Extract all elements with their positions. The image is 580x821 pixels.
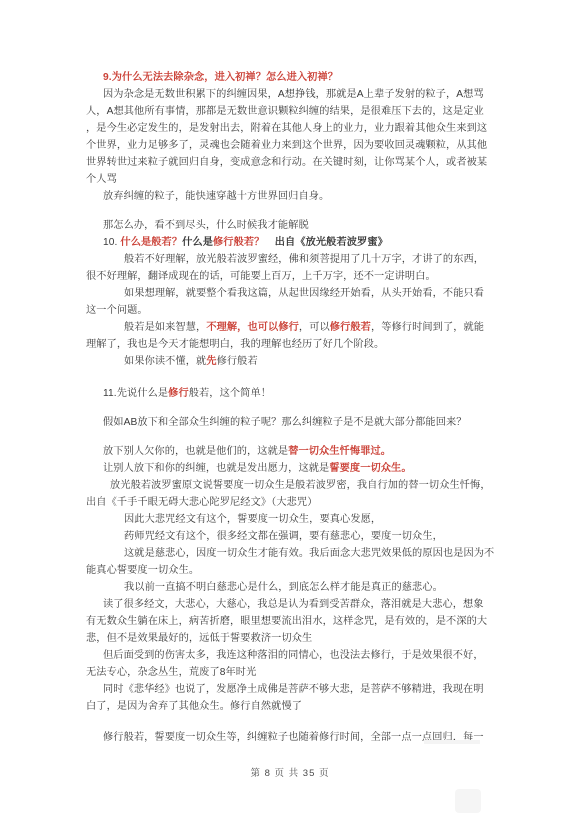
text-segment: 这就是慈悲心，因度一切众生才能有效。我后面念大悲咒效果低的原因也是因为不 xyxy=(124,548,494,559)
text-line: 10. 什么是般若？什么是修行般若？ 出自《放光般若波罗蜜》 xyxy=(103,235,388,251)
text-line: 无法专心，杂念丛生，荒废了8年时光 xyxy=(86,665,256,681)
text-line: 世界转世过来粒子就回归自身，变成意念和行动。在关键时刻，让你骂某个人，或者被某 xyxy=(86,155,487,171)
text-line: 这一个问题。 xyxy=(86,303,148,319)
text-segment: 9.为什么无法去除杂念，进入初禅？怎么进入初禅？ xyxy=(103,72,338,83)
text-line: 因为杂念是无数世积累下的纠缠因果，A想挣钱，那就是A上辈子发射的粒子，A想骂 xyxy=(103,87,484,103)
text-segment: 修行般若 xyxy=(217,356,258,367)
text-line: 这就是慈悲心，因度一切众生才能有效。我后面念大悲咒效果低的原因也是因为不 xyxy=(124,546,494,562)
text-segment: 白了，是因为舍弃了其他众生。修行自然就慢了 xyxy=(86,701,302,712)
text-line: 假如AB放下和全部众生纠缠的粒子呢？那么纠缠粒子是不是就大部分都能回来？ xyxy=(103,415,467,431)
text-segment: 很不好理解，翻译成现在的话，可能要上百万，上千万字，还不一定讲明白。 xyxy=(86,271,436,282)
text-line: 悲，但不是效果最好的，远低于誓要救济一切众生 xyxy=(86,631,312,647)
text-line: 我以前一直搞不明白慈悲心是什么，到底怎么样才能是真正的慈悲心。 xyxy=(124,580,443,596)
text-line: 放光般若波罗蜜原文说誓要度一切众生是般若波罗密，我自行加的替一切众生忏悔， xyxy=(110,478,491,494)
text-layer: 9.为什么无法去除杂念，进入初禅？怎么进入初禅？因为杂念是无数世积累下的纠缠因果… xyxy=(0,0,580,821)
text-line: 药师咒经文有这个，很多经文都在强调，要有慈悲心，要度一切众生， xyxy=(124,529,443,545)
text-segment: 替一切众生忏悔罪过。 xyxy=(288,446,391,457)
document-page: 9.为什么无法去除杂念，进入初禅？怎么进入初禅？因为杂念是无数世积累下的纠缠因果… xyxy=(0,0,580,821)
text-line: 如果你读不懂，就先修行般若 xyxy=(124,354,258,370)
text-segment: 般若不好理解，放光般若波罗蜜经，佛和须菩提用了几十万字，才讲了的东西， xyxy=(124,254,484,265)
text-line: 让别人放下和你的纠缠，也就是发出愿力，这就是誓要度一切众生。 xyxy=(103,461,412,477)
text-segment: 出自《放光般若波罗蜜》 xyxy=(264,237,387,248)
text-segment: 这一个问题。 xyxy=(86,305,148,316)
text-segment: 放下别人欠你的，也就是他们的，这就是 xyxy=(103,446,288,457)
text-segment: 我以前一直搞不明白慈悲心是什么，到底怎么样才能是真正的慈悲心。 xyxy=(124,582,443,593)
text-segment: 般若，这个简单！ xyxy=(189,388,271,399)
text-segment: 修行般若？ xyxy=(213,237,264,248)
text-segment: 不理解，也可以修行 xyxy=(206,322,299,333)
text-segment: 什么是 xyxy=(182,237,213,248)
text-line: 出自《千手千眼无碍大悲心陀罗尼经文》（大悲咒） xyxy=(86,495,318,511)
text-line: 能真心誓要度一切众生。 xyxy=(86,563,199,579)
text-line: 如果想理解，就要整个看我这篇，从起世因缘经开始看，从头开始看，不能只看 xyxy=(124,286,484,302)
text-segment: ，等修行时间到了，就能 xyxy=(371,322,484,333)
text-segment: 个人骂 xyxy=(86,174,117,185)
text-segment: 人，A想其他所有事情，那都是无数世意识颗粒纠缠的结果，是很难压下去的，这是定业 xyxy=(86,106,484,117)
text-segment: 先 xyxy=(206,356,216,367)
text-line: 理解了，我也是今天才能想明白，我的理解也经历了好几个阶段。 xyxy=(86,337,384,353)
text-line: 般若不好理解，放光般若波罗蜜经，佛和须菩提用了几十万字，才讲了的东西， xyxy=(124,252,484,268)
text-line: 放弃纠缠的粒子，能快速穿越十方世界回归自身。 xyxy=(103,189,329,205)
text-line: 般若是如来智慧，不理解，也可以修行，可以修行般若，等修行时间到了，就能 xyxy=(124,320,484,336)
text-line: 很不好理解，翻译成现在的话，可能要上百万，上千万字，还不一定讲明白。 xyxy=(86,269,436,285)
text-segment: 那怎么办，看不到尽头，什么时候我才能解脱 xyxy=(103,220,309,231)
faint-smudge xyxy=(424,740,480,744)
text-segment: 如果你读不懂，就 xyxy=(124,356,206,367)
text-segment: 修行般若 xyxy=(330,322,371,333)
text-segment: 如果想理解，就要整个看我这篇，从起世因缘经开始看，从头开始看，不能只看 xyxy=(124,288,484,299)
text-segment: 放光般若波罗蜜原文说誓要度一切众生是般若波罗密，我自行加的替一切众生忏悔， xyxy=(110,480,491,491)
text-line: 有无数众生躺在床上，病苦折磨，眼里想要流出泪水，这样念咒，是有效的，是不深的大 xyxy=(86,614,487,630)
text-segment: ，可以 xyxy=(299,322,330,333)
text-segment: 药师咒经文有这个，很多经文都在强调，要有慈悲心，要度一切众生， xyxy=(124,531,443,542)
text-segment: 什么是般若？ xyxy=(120,237,182,248)
text-line: 9.为什么无法去除杂念，进入初禅？怎么进入初禅？ xyxy=(103,70,338,86)
text-segment: 修行 xyxy=(168,388,189,399)
text-segment: 因此大悲咒经文有这个，誓要度一切众生，要真心发愿， xyxy=(124,514,381,525)
text-segment: 出自《千手千眼无碍大悲心陀罗尼经文》（大悲咒） xyxy=(86,497,318,508)
text-segment: 让别人放下和你的纠缠，也就是发出愿力，这就是 xyxy=(103,463,329,474)
text-line: 个世界，业力足够多了，灵魂也会随着业力来到这个世界，因为要收回灵魂颗粒，从其他 xyxy=(86,138,487,154)
text-segment: 但后面受到的伤害太多，我连这种落泪的同情心，也没法去修行，于是效果很不好， xyxy=(103,650,484,661)
text-line: 那怎么办，看不到尽头，什么时候我才能解脱 xyxy=(103,218,309,234)
text-segment: 理解了，我也是今天才能想明白，我的理解也经历了好几个阶段。 xyxy=(86,339,384,350)
text-line: 11.先说什么是修行般若，这个简单！ xyxy=(103,386,271,402)
text-segment: 悲，但不是效果最好的，远低于誓要救济一切众生 xyxy=(86,633,312,644)
text-segment: 世界转世过来粒子就回归自身，变成意念和行动。在关键时刻，让你骂某个人，或者被某 xyxy=(86,157,487,168)
text-line: 人，A想其他所有事情，那都是无数世意识颗粒纠缠的结果，是很难压下去的，这是定业 xyxy=(86,104,484,120)
text-line: 但后面受到的伤害太多，我连这种落泪的同情心，也没法去修行，于是效果很不好， xyxy=(103,648,484,664)
text-segment: 无法专心，杂念丛生，荒废了8年时光 xyxy=(86,667,256,678)
text-segment: 假如AB放下和全部众生纠缠的粒子呢？那么纠缠粒子是不是就大部分都能回来？ xyxy=(103,417,467,428)
text-segment: 能真心誓要度一切众生。 xyxy=(86,565,199,576)
page-footer: 第 8 页 共 35 页 xyxy=(0,765,580,779)
text-line: ，是今生必定发生的，是发射出去，附着在其他人身上的业力，业力跟着其他众生来到这 xyxy=(86,121,487,137)
text-segment: 因为杂念是无数世积累下的纠缠因果，A想挣钱，那就是A上辈子发射的粒子，A想骂 xyxy=(103,89,484,100)
watermark-icon xyxy=(455,789,481,813)
text-segment: 11.先说什么是 xyxy=(103,388,168,399)
text-segment: ，是今生必定发生的，是发射出去，附着在其他人身上的业力，业力跟着其他众生来到这 xyxy=(86,123,487,134)
text-segment: 般若是如来智慧， xyxy=(124,322,206,333)
text-segment: 放弃纠缠的粒子，能快速穿越十方世界回归自身。 xyxy=(103,191,329,202)
text-segment: 同时《悲华经》也说了，发愿净土成佛是菩萨不够大悲，是菩萨不够精进，我现在明 xyxy=(103,684,484,695)
text-segment: 10. xyxy=(103,237,120,248)
text-line: 个人骂 xyxy=(86,172,117,188)
text-segment: 有无数众生躺在床上，病苦折磨，眼里想要流出泪水，这样念咒，是有效的，是不深的大 xyxy=(86,616,487,627)
text-segment: 誓要度一切众生。 xyxy=(329,463,411,474)
text-line: 放下别人欠你的，也就是他们的，这就是替一切众生忏悔罪过。 xyxy=(103,444,391,460)
text-segment: 个世界，业力足够多了，灵魂也会随着业力来到这个世界，因为要收回灵魂颗粒，从其他 xyxy=(86,140,487,151)
text-line: 白了，是因为舍弃了其他众生。修行自然就慢了 xyxy=(86,699,302,715)
text-line: 同时《悲华经》也说了，发愿净土成佛是菩萨不够大悲，是菩萨不够精进，我现在明 xyxy=(103,682,484,698)
text-segment: 读了很多经文，大悲心，大慈心，我总是认为看到受苦群众，落泪就是大悲心，想象 xyxy=(103,599,484,610)
text-line: 因此大悲咒经文有这个，誓要度一切众生，要真心发愿， xyxy=(124,512,381,528)
text-line: 读了很多经文，大悲心，大慈心，我总是认为看到受苦群众，落泪就是大悲心，想象 xyxy=(103,597,484,613)
